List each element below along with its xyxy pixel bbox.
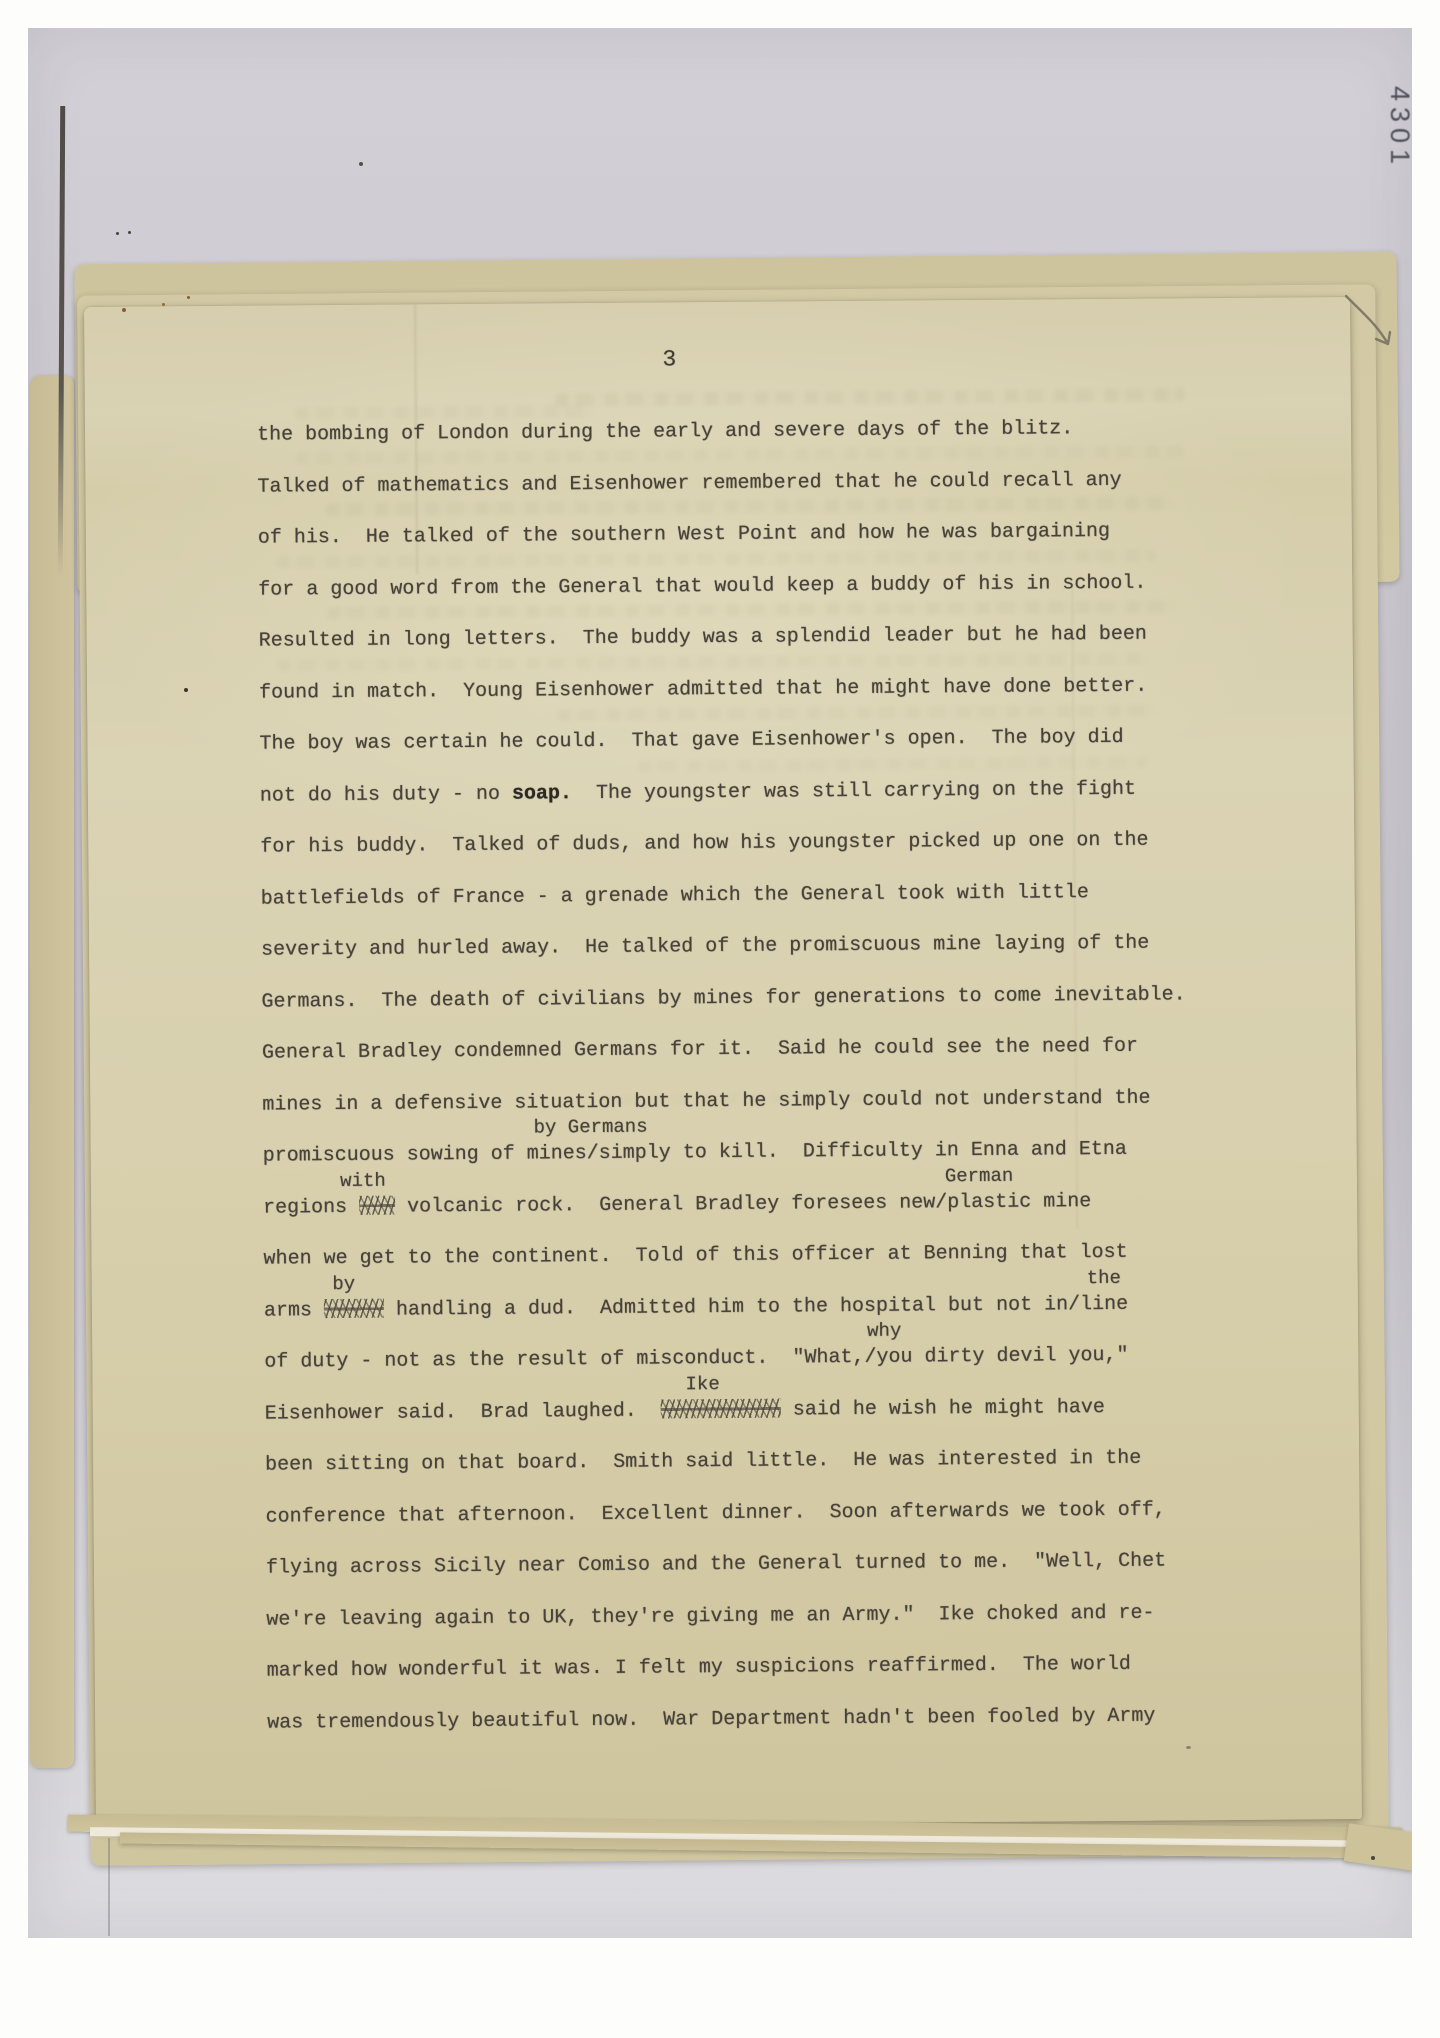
typed-line: The boy was certain he could. That gave … <box>259 724 1299 784</box>
typed-line: General Bradley condemned Germans for it… <box>262 1033 1302 1093</box>
typed-line: flying across Sicily near Comiso and the… <box>266 1548 1306 1608</box>
typed-text: not do his duty - no <box>260 782 512 807</box>
corrected-segment: Germannew/plastic <box>899 1190 1031 1214</box>
corrected-segment: by Germansmines/simply <box>527 1141 671 1165</box>
typed-line: was tremendously beautiful now. War Depa… <box>267 1703 1307 1763</box>
typed-text: the bombing of London during the early a… <box>257 417 1073 446</box>
typed-line: mines in a defensive situation but that … <box>262 1085 1302 1145</box>
typed-text: of duty - not as the result of misconduc… <box>264 1346 864 1374</box>
speck <box>184 688 188 692</box>
typed-text: regions <box>263 1195 359 1219</box>
corrected-segment: thein/line <box>1044 1292 1128 1316</box>
typed-line: conference that afternoon. Excellent din… <box>265 1497 1305 1557</box>
typed-text: promiscuous sowing of <box>263 1143 527 1168</box>
typed-line: for his buddy. Talked of duds, and how h… <box>260 827 1300 887</box>
speck <box>116 232 119 235</box>
typed-line: promiscuous sowing of by Germansmines/si… <box>263 1136 1303 1196</box>
interlinear-insertion: with <box>340 1169 386 1192</box>
typed-line: severity and hurled away. He talked of t… <box>261 930 1301 990</box>
typed-text: new/plastic <box>899 1190 1031 1214</box>
typed-line: battlefields of France - a grenade which… <box>261 879 1301 939</box>
typed-text: volcanic rock. General Bradley foresees <box>395 1191 899 1218</box>
speck <box>128 231 131 234</box>
typed-line: been sitting on that board. Smith said l… <box>265 1445 1305 1505</box>
typed-line: of his. He talked of the southern West P… <box>258 518 1298 578</box>
typed-line: arms by handling a dud. Admitted him to … <box>264 1291 1304 1351</box>
speck <box>1186 1746 1191 1749</box>
interlinear-insertion: the <box>1087 1266 1121 1289</box>
typed-line: Talked of mathematics and Eisenhower rem… <box>257 467 1297 527</box>
typed-text: mines/simply <box>527 1141 671 1165</box>
corrected-segment: with <box>359 1195 395 1218</box>
typed-line: of duty - not as the result of misconduc… <box>264 1342 1304 1402</box>
typed-page: 3 the bombing of London during the early… <box>84 297 1362 1829</box>
typed-text: in/line <box>1044 1292 1128 1316</box>
typed-line: Germans. The death of civilians by mines… <box>261 982 1301 1042</box>
speck <box>359 162 363 166</box>
typed-text: handling a dud. Admitted him to the hosp… <box>384 1293 1044 1321</box>
rust-spot <box>162 303 165 306</box>
typed-line: for a good word from the General that wo… <box>258 570 1298 630</box>
interlinear-insertion: by Germans <box>533 1116 647 1140</box>
typed-text: The youngster was still carrying on the … <box>572 777 1136 804</box>
speck <box>1371 1856 1375 1860</box>
scanned-document-photo: { "document": { "page_number": "3", "cor… <box>0 0 1440 2038</box>
typed-line: marked how wonderful it was. I felt my s… <box>267 1651 1307 1711</box>
interlinear-insertion: why <box>867 1320 901 1343</box>
typed-line: Eisenhower said. Brad laughed. Ike said … <box>265 1394 1305 1454</box>
typed-line: we're leaving again to UK, they're givin… <box>266 1600 1306 1660</box>
bottom-sheet-corner <box>1344 1823 1412 1870</box>
rust-spot <box>122 308 126 312</box>
typed-text: mine <box>1031 1190 1091 1213</box>
typed-line: found in match. Young Eisenhower admitte… <box>259 673 1299 733</box>
struck-out-text <box>661 1398 781 1418</box>
typed-line: Resulted in long letters. The buddy was … <box>259 621 1299 681</box>
pencil-arrow-mark <box>1336 288 1410 362</box>
struck-out-text <box>359 1195 395 1214</box>
interlinear-insertion: by <box>332 1272 355 1295</box>
page-number: 3 <box>662 346 676 372</box>
interlinear-insertion: German <box>945 1164 1014 1188</box>
corner-marking: 4301 <box>1384 86 1412 170</box>
background-crease <box>108 1838 110 1936</box>
corrected-segment: why/you <box>864 1346 912 1369</box>
typed-text: /you <box>864 1346 912 1369</box>
typed-text: said he wish he might have <box>781 1396 1105 1422</box>
typed-line: the bombing of London during the early a… <box>257 415 1297 475</box>
corrected-segment: by <box>324 1298 384 1321</box>
typed-text-emphasis: soap. <box>512 782 572 805</box>
corrected-segment: Ike <box>661 1398 781 1422</box>
interlinear-insertion: Ike <box>685 1373 719 1396</box>
typed-text: arms <box>264 1299 324 1322</box>
typed-line: when we get to the continent. Told of th… <box>263 1239 1303 1299</box>
typed-line: regions with volcanic rock. General Brad… <box>263 1188 1303 1248</box>
typed-lines: the bombing of London during the early a… <box>257 415 1307 1762</box>
bleed-through-text <box>295 405 595 419</box>
typed-text: dirty devil you," <box>912 1344 1128 1369</box>
left-under-sheet-edge <box>30 376 74 1768</box>
bleed-through-text <box>555 388 1185 406</box>
struck-out-text <box>324 1298 384 1317</box>
typed-text: Eisenhower said. Brad laughed. <box>265 1399 661 1425</box>
typed-line: not do his duty - no soap. The youngster… <box>260 776 1300 836</box>
typed-text: to kill. Difficulty in Enna and Etna <box>671 1138 1127 1165</box>
photo-area: 3 the bombing of London during the early… <box>28 28 1412 1938</box>
rust-spot <box>187 296 190 299</box>
